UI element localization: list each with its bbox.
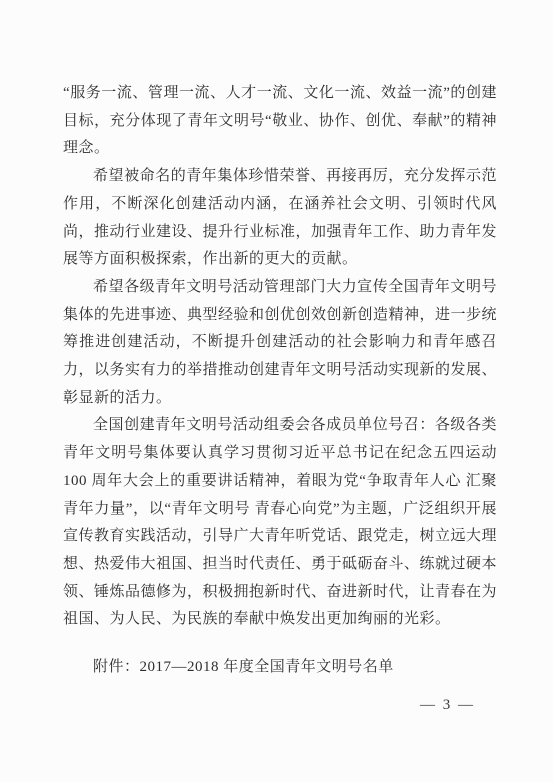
body-paragraph: “服务一流、管理一流、人才一流、文化一流、效益一流”的创建目标，充分体现了青年文… <box>63 80 497 163</box>
document-body: “服务一流、管理一流、人才一流、文化一流、效益一流”的创建目标，充分体现了青年文… <box>63 80 497 682</box>
body-paragraph: 希望各级青年文明号活动管理部门大力宣传全国青年文明号集体的先进事迹、典型经验和创… <box>63 274 497 413</box>
body-paragraph: 全国创建青年文明号活动组委会各成员单位号召：各级各类青年文明号集体要认真学习贯彻… <box>63 412 497 634</box>
page-number: — 3 — <box>420 697 475 714</box>
attachment-line: 附件：2017—2018 年度全国青年文明号名单 <box>63 654 497 682</box>
document-page: “服务一流、管理一流、人才一流、文化一流、效益一流”的创建目标，充分体现了青年文… <box>0 0 553 782</box>
body-paragraph: 希望被命名的青年集体珍惜荣誉、再接再厉，充分发挥示范作用，不断深化创建活动内涵，… <box>63 163 497 274</box>
